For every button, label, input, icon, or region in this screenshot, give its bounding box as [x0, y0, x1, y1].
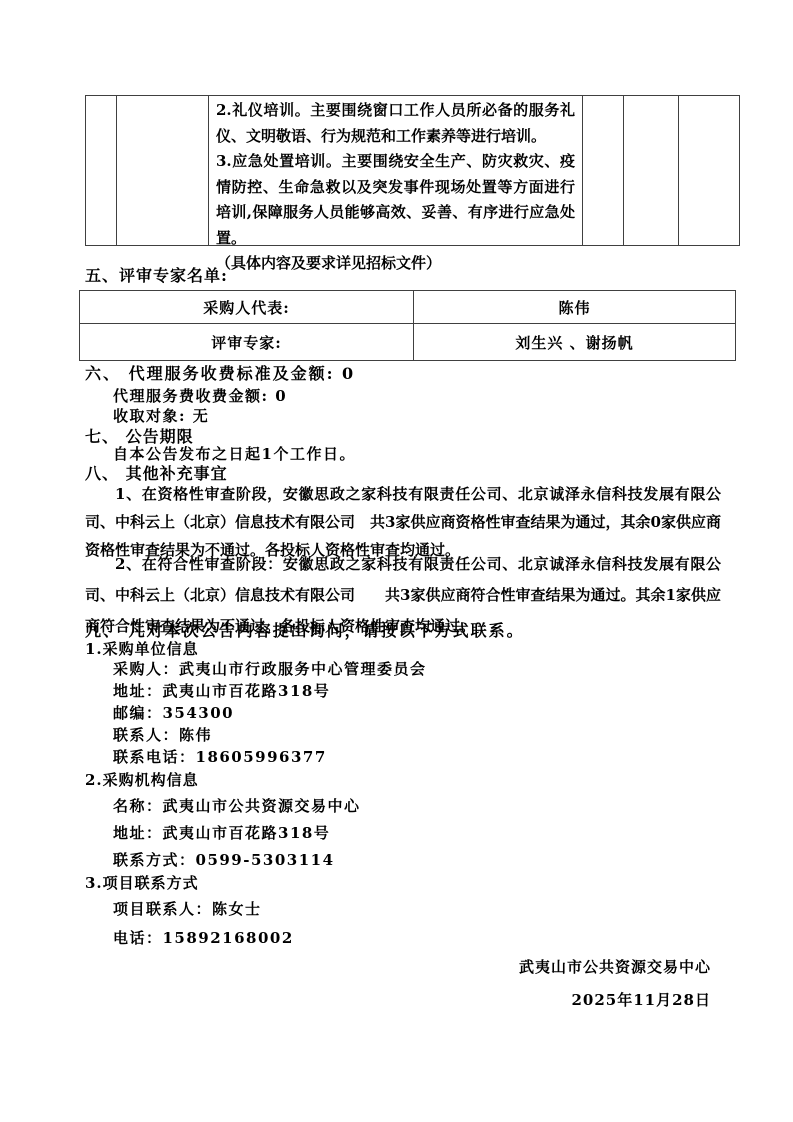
review-experts-label: 评审专家:	[80, 324, 414, 360]
purchaser-postcode-line: 邮编：354300	[113, 702, 234, 723]
table-row-purchaser-representative: 采购人代表: 陈伟	[80, 291, 735, 324]
signature-organization: 武夷山市公共资源交易中心	[519, 956, 711, 977]
table-row-review-experts: 评审专家: 刘生兴 、谢扬帆	[80, 324, 735, 360]
table-empty-cell-4	[624, 96, 679, 245]
purchaser-representative-value: 陈伟	[414, 291, 735, 323]
review-experts-value: 刘生兴 、谢扬帆	[414, 324, 735, 360]
expert-list-table: 采购人代表: 陈伟 评审专家: 刘生兴 、谢扬帆	[79, 290, 736, 361]
fee-payer-line: 收取对象: 无	[113, 405, 209, 426]
signature-date: 2025年11月28日	[572, 989, 712, 1010]
agency-address-line: 地址：武夷山市百花路318号	[113, 822, 330, 843]
training-paragraph-etiquette: 2.礼仪培训。主要围绕窗口工作人员所必备的服务礼仪、文明敬语、行为规范和工作素养…	[216, 98, 575, 149]
purchaser-info-title: 1.采购单位信息	[85, 638, 199, 659]
table-empty-cell-2	[117, 96, 209, 245]
agency-phone-line: 联系方式：0599-5303114	[113, 849, 335, 870]
training-paragraph-emergency: 3.应急处置培训。主要围绕安全生产、防灾救灾、疫情防控、生命急救以及突发事件现场…	[216, 149, 575, 251]
project-phone-line: 电话：15892168002	[113, 927, 294, 948]
purchaser-name-line: 采购人：武夷山市行政服务中心管理委员会	[113, 658, 427, 679]
purchaser-contact-line: 联系人：陈伟	[113, 724, 212, 745]
training-paragraph-note: （具体内容及要求详见招标文件）	[216, 251, 575, 277]
agency-fee-amount-line: 代理服务费收费金额: 0	[113, 385, 287, 406]
section5-heading: 五、评审专家名单:	[85, 263, 228, 286]
purchaser-representative-label: 采购人代表:	[80, 291, 414, 323]
table-empty-cell-1	[86, 96, 117, 245]
project-contact-line: 项目联系人：陈女士	[113, 898, 262, 919]
purchaser-address-line: 地址：武夷山市百花路318号	[113, 680, 330, 701]
agency-name-line: 名称：武夷山市公共资源交易中心	[113, 795, 361, 816]
table-empty-cell-5	[679, 96, 739, 245]
training-content-cell: 2.礼仪培训。主要围绕窗口工作人员所必备的服务礼仪、文明敬语、行为规范和工作素养…	[209, 96, 583, 245]
section6-heading: 六、 代理服务收费标准及金额: 0	[85, 361, 355, 384]
service-content-table: 2.礼仪培训。主要围绕窗口工作人员所必备的服务礼仪、文明敬语、行为规范和工作素养…	[85, 95, 740, 246]
agency-info-title: 2.采购机构信息	[85, 769, 199, 790]
table-empty-cell-3	[583, 96, 624, 245]
purchaser-phone-line: 联系电话：18605996377	[113, 746, 327, 767]
project-contact-title: 3.项目联系方式	[85, 872, 199, 893]
announcement-document-page: 2.礼仪培训。主要围绕窗口工作人员所必备的服务礼仪、文明敬语、行为规范和工作素养…	[0, 0, 793, 1122]
